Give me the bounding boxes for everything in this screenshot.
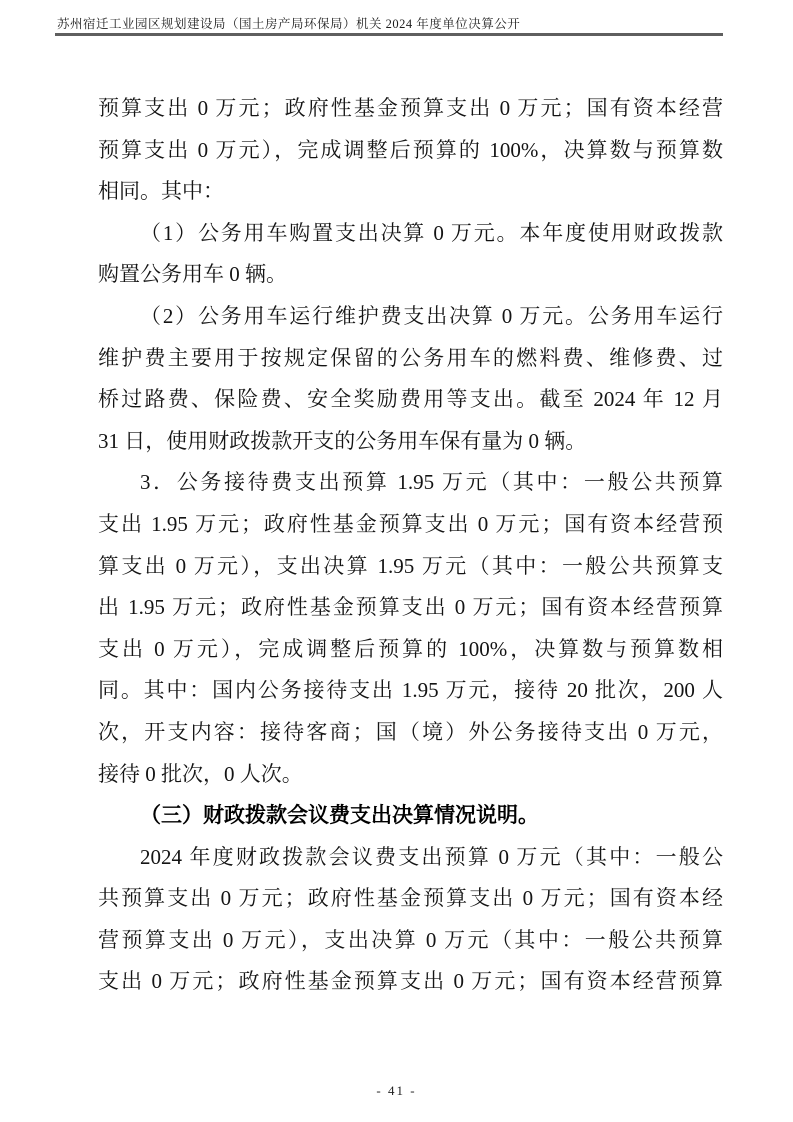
text-line: 桥过路费、保险费、安全奖励费用等支出。截至 2024 年 12 月 [98,379,723,421]
section-heading: （三）财政拨款会议费支出决算情况说明。 [98,795,723,837]
text-line: 接待 0 批次，0 人次。 [98,754,723,796]
header-title: 苏州宿迁工业园区规划建设局（国土房产局环保局）机关 2024 年度单位决算公开 [57,14,520,32]
text-line: 购置公务用车 0 辆。 [98,254,723,296]
text-line: 维护费主要用于按规定保留的公务用车的燃料费、维修费、过 [98,338,723,380]
document-page: 苏州宿迁工业园区规划建设局（国土房产局环保局）机关 2024 年度单位决算公开 … [0,0,793,1122]
text-line: 同。其中：国内公务接待支出 1.95 万元，接待 20 批次，200 人 [98,670,723,712]
text-line: 营预算支出 0 万元），支出决算 0 万元（其中：一般公共预算 [98,920,723,962]
paragraph: 预算支出 0 万元；政府性基金预算支出 0 万元；国有资本经营预算支出 0 万元… [98,88,723,213]
text-line: 支出 0 万元），完成调整后预算的 100%，决算数与预算数相 [98,629,723,671]
header-rule [55,33,723,36]
page-footer: - 41 - [0,1083,793,1099]
text-line: 次，开支内容：接待客商；国（境）外公务接待支出 0 万元， [98,712,723,754]
text-line: 出 1.95 万元；政府性基金预算支出 0 万元；国有资本经营预算 [98,587,723,629]
paragraph: （2）公务用车运行维护费支出决算 0 万元。公务用车运行维护费主要用于按规定保留… [98,296,723,462]
text-line: 2024 年度财政拨款会议费支出预算 0 万元（其中：一般公 [98,837,723,879]
text-line: 共预算支出 0 万元；政府性基金预算支出 0 万元；国有资本经 [98,878,723,920]
text-line: 支出 1.95 万元；政府性基金预算支出 0 万元；国有资本经营预 [98,504,723,546]
text-line: 相同。其中： [98,171,723,213]
paragraph: （1）公务用车购置支出决算 0 万元。本年度使用财政拨款购置公务用车 0 辆。 [98,213,723,296]
paragraph: 3．公务接待费支出预算 1.95 万元（其中：一般公共预算支出 1.95 万元；… [98,462,723,795]
text-line: 3．公务接待费支出预算 1.95 万元（其中：一般公共预算 [98,462,723,504]
page-number: - 41 - [376,1083,416,1098]
paragraph: 2024 年度财政拨款会议费支出预算 0 万元（其中：一般公共预算支出 0 万元… [98,837,723,1003]
text-line: 支出 0 万元；政府性基金预算支出 0 万元；国有资本经营预算 [98,961,723,1003]
text-line: （三）财政拨款会议费支出决算情况说明。 [98,795,723,837]
text-line: 预算支出 0 万元），完成调整后预算的 100%，决算数与预算数 [98,130,723,172]
text-line: 算支出 0 万元），支出决算 1.95 万元（其中：一般公共预算支 [98,546,723,588]
text-line: （2）公务用车运行维护费支出决算 0 万元。公务用车运行 [98,296,723,338]
text-line: 预算支出 0 万元；政府性基金预算支出 0 万元；国有资本经营 [98,88,723,130]
text-line: （1）公务用车购置支出决算 0 万元。本年度使用财政拨款 [98,213,723,255]
text-line: 31 日，使用财政拨款开支的公务用车保有量为 0 辆。 [98,421,723,463]
document-body: 预算支出 0 万元；政府性基金预算支出 0 万元；国有资本经营预算支出 0 万元… [98,88,723,1003]
